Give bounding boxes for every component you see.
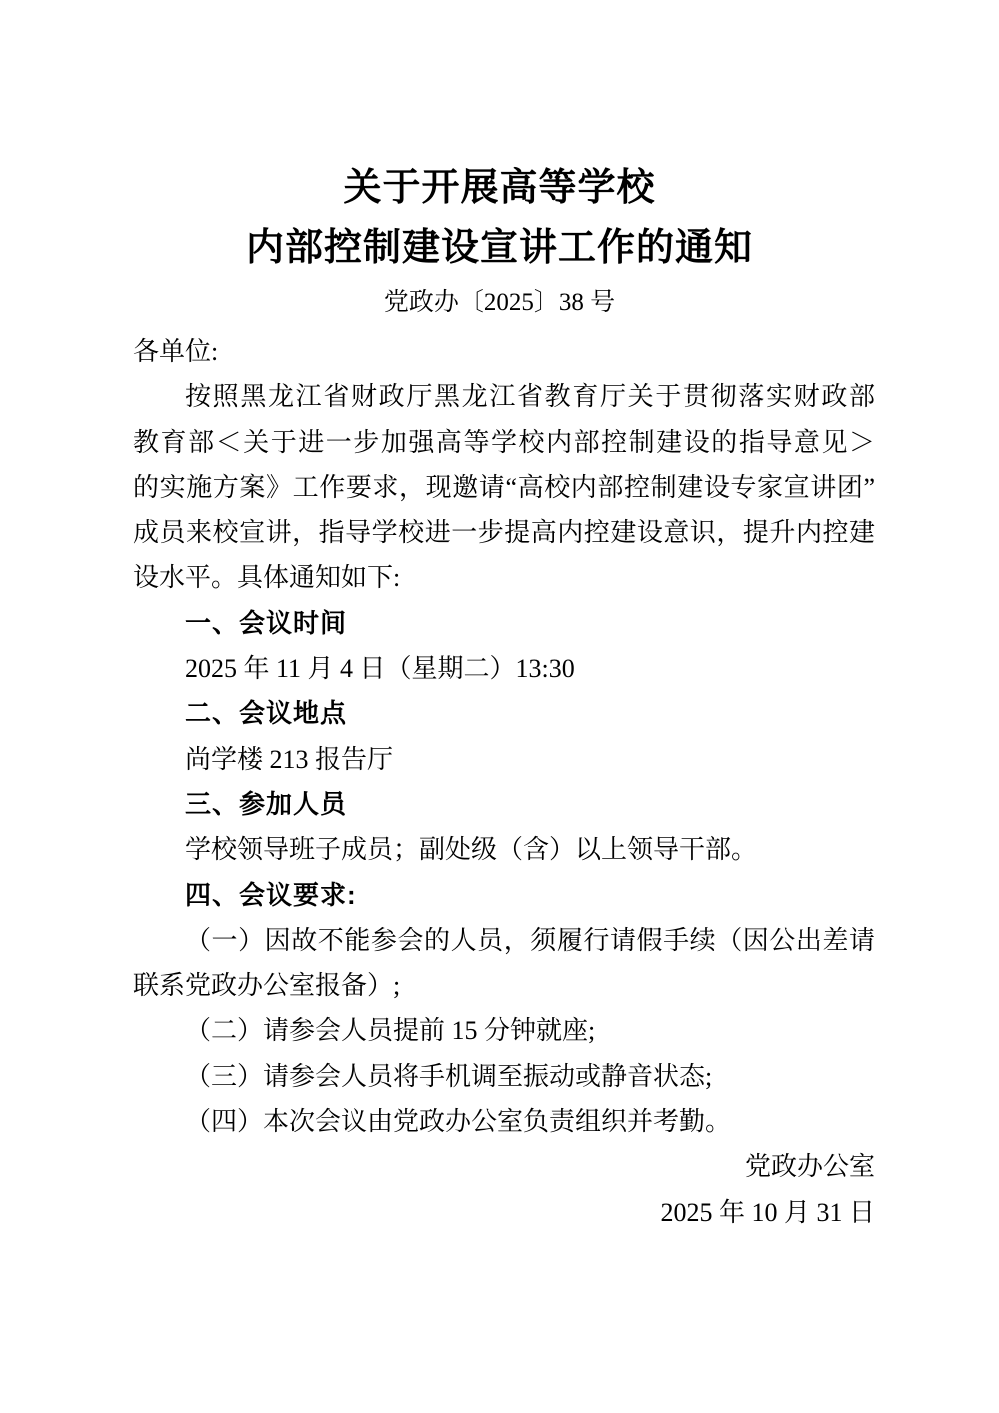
document-title-line1: 关于开展高等学校 [0,166,999,210]
requirement-item: （三）请参会人员将手机调至振动或静音状态; [133,1054,875,1099]
requirement-item: （一）因故不能参会的人员，须履行请假手续（因公出差请 [133,918,875,963]
section-heading-meeting-time: 一、会议时间 [133,601,875,646]
salutation: 各单位: [133,329,875,374]
document-body: 各单位: 按照黑龙江省财政厅黑龙江省教育厅关于贯彻落实财政部 教育部＜关于进一步… [133,329,875,1235]
section-heading-meeting-place: 二、会议地点 [133,691,875,736]
document-title-line2: 内部控制建设宣讲工作的通知 [0,226,999,270]
section-heading-requirements: 四、会议要求: [133,873,875,918]
participants-value: 学校领导班子成员；副处级（含）以上领导干部。 [133,827,875,872]
signature-date: 2025 年 10 月 31 日 [133,1190,875,1235]
intro-line: 的实施方案》工作要求，现邀请“高校内部控制建设专家宣讲团” [133,465,875,510]
intro-line: 按照黑龙江省财政厅黑龙江省教育厅关于贯彻落实财政部 [133,374,875,419]
requirement-item-continuation: 联系党政办公室报备）; [133,963,875,1008]
intro-line: 设水平。具体通知如下: [133,555,875,600]
requirement-item: （二）请参会人员提前 15 分钟就座; [133,1008,875,1053]
notice-document-page: 关于开展高等学校 内部控制建设宣讲工作的通知 党政办〔2025〕38 号 各单位… [0,0,999,1413]
requirement-item: （四）本次会议由党政办公室负责组织并考勤。 [133,1099,875,1144]
meeting-place-value: 尚学楼 213 报告厅 [133,737,875,782]
document-number: 党政办〔2025〕38 号 [0,288,999,318]
meeting-time-value: 2025 年 11 月 4 日（星期二）13:30 [133,646,875,691]
section-heading-participants: 三、参加人员 [133,782,875,827]
signature-office: 党政办公室 [133,1144,875,1189]
intro-line: 成员来校宣讲，指导学校进一步提高内控建设意识，提升内控建 [133,510,875,555]
intro-line: 教育部＜关于进一步加强高等学校内部控制建设的指导意见＞ [133,420,875,465]
